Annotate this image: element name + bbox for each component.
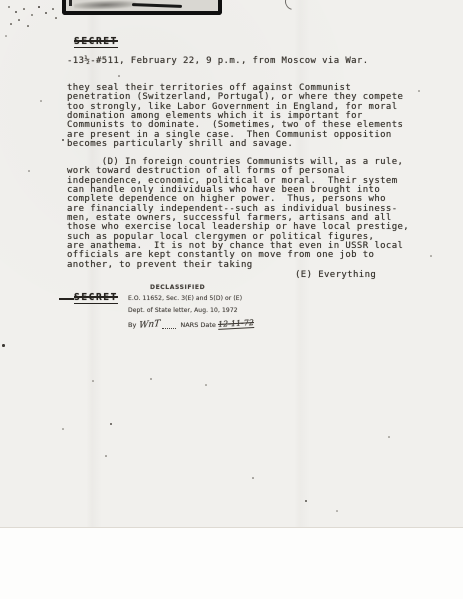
handwritten-signature: WnT (139, 321, 161, 330)
stamp-nars-label: NARS Date (180, 321, 216, 329)
header-redaction-box (62, 0, 222, 15)
continuation-line: (E) Everything (295, 270, 376, 281)
ink-stroke (132, 3, 182, 7)
stamp-by-line: By WnT NARS Date 12-11-72 (128, 319, 254, 329)
circle-pen-mark (282, 0, 305, 13)
handwritten-date: 12-11-72 (218, 318, 254, 330)
scanned-document-page: SECRET -13½-#511, February 22, 9 p.m., f… (0, 0, 463, 599)
stamp-declassified-label: DECLASSIFIED (150, 284, 254, 291)
ink-smudge (74, 0, 136, 10)
stamp-eo-line: E.O. 11652, Sec. 3(E) and 5(D) or (E) (128, 295, 254, 302)
ink-tick-mark (69, 0, 72, 6)
signature-underline (162, 328, 176, 329)
body-paragraph-1: they seal their territories off against … (67, 84, 403, 149)
declassification-stamp: DECLASSIFIED E.O. 11652, Sec. 3(E) and 5… (128, 284, 254, 329)
classification-secret-top: SECRET (74, 36, 118, 48)
body-paragraph-2: (D) In foreign countries Communists will… (67, 158, 409, 270)
stamp-dept-line: Dept. of State letter, Aug. 10, 1972 (128, 307, 254, 314)
stamp-by-label: By (128, 321, 136, 329)
classification-secret-bottom: SECRET (74, 292, 118, 304)
telegram-heading: -13½-#511, February 22, 9 p.m., from Mos… (67, 56, 369, 67)
paper-sheet: SECRET -13½-#511, February 22, 9 p.m., f… (0, 0, 463, 528)
